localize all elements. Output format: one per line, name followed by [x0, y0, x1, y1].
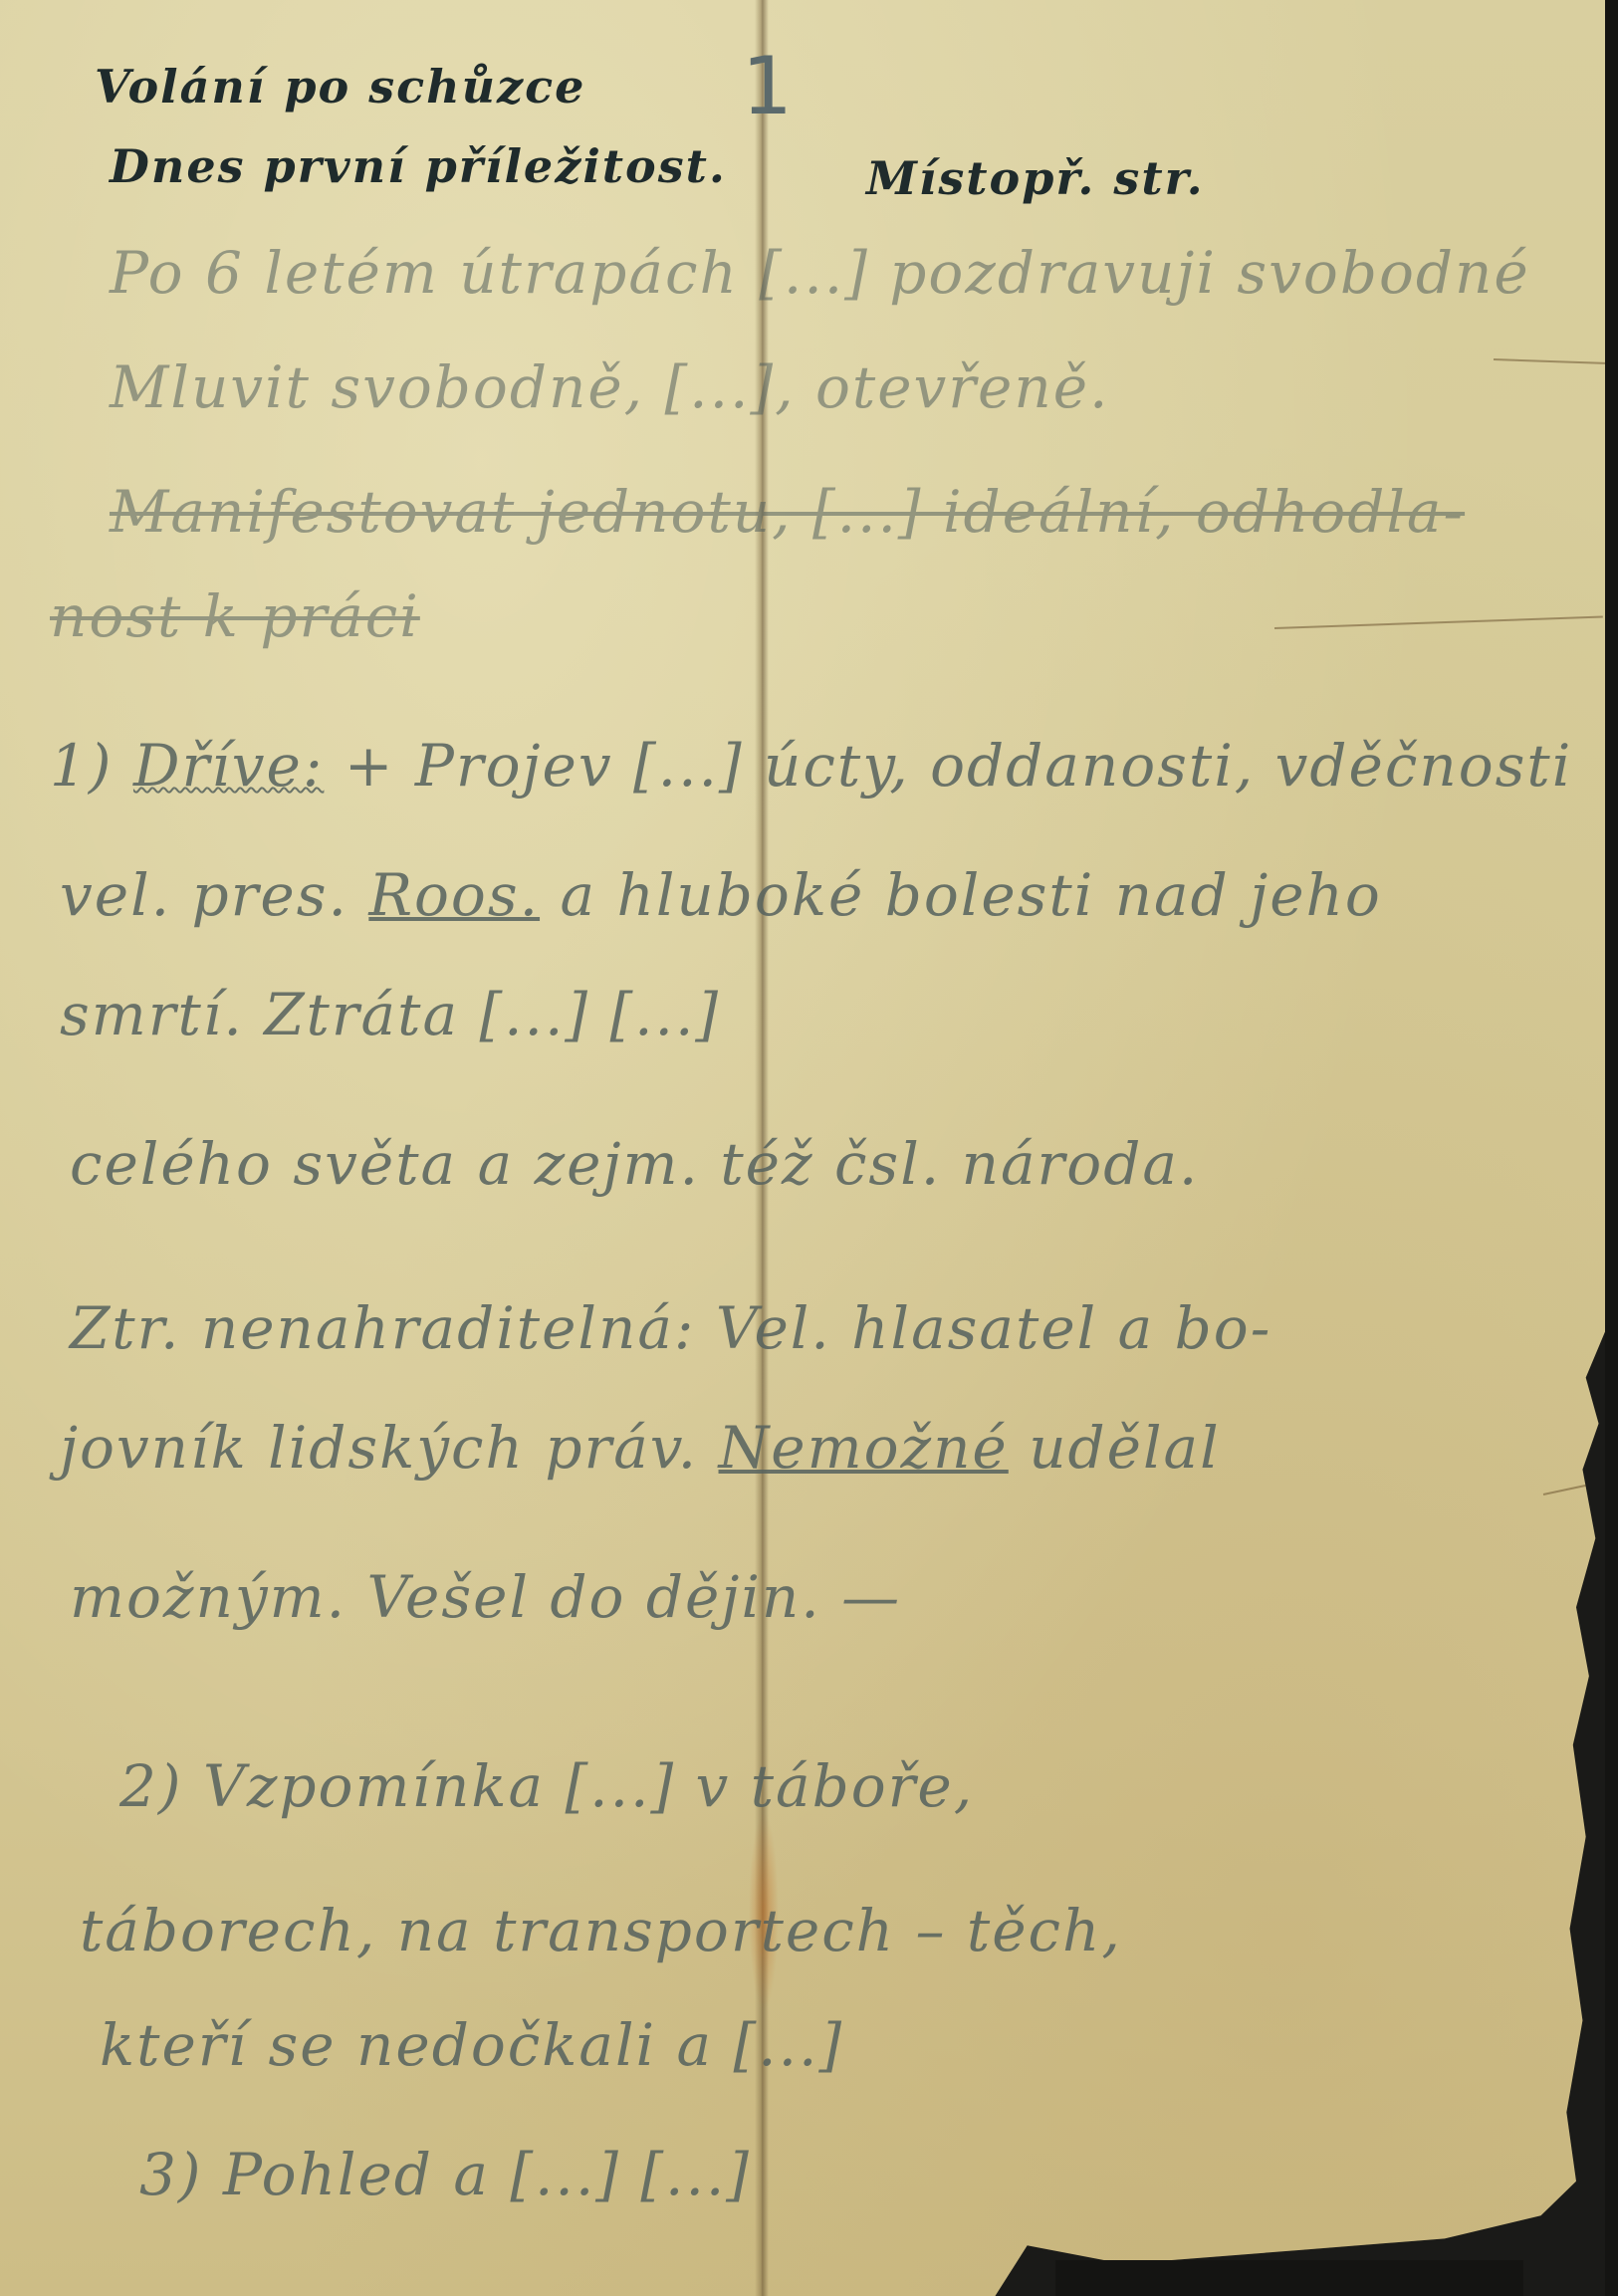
text-line-10: jovník lidských práv. Nemožné udělal: [60, 1414, 1221, 1482]
line-6-prefix: vel. pres.: [60, 861, 348, 929]
page-number: 1: [742, 40, 793, 132]
header-right-note: Místopř. str.: [866, 151, 1205, 205]
list-number-2: 2): [119, 1752, 183, 1820]
scan-background-bottom: [1055, 2260, 1523, 2296]
text-line-5: 1) Dříve: + Projev [...] úcty, oddanosti…: [50, 732, 1572, 800]
text-line-15: 3) Pohled a [...] [...]: [139, 2141, 751, 2208]
text-line-14: kteří se nedočkali a [...]: [100, 2011, 843, 2079]
scan-background-edge: [1605, 0, 1618, 2296]
text-line-11: možným. Vešel do dějin. —: [70, 1563, 901, 1631]
text-line-9: Ztr. nenahraditelná: Vel. hlasatel a bo-: [70, 1294, 1271, 1362]
header-line-2: Dnes první příležitost.: [110, 139, 727, 193]
line-10-suffix: udělal: [1029, 1414, 1221, 1482]
paper-tear-line: [1543, 1479, 1612, 1495]
list-number-1: 1): [50, 732, 114, 800]
text-line-6: vel. pres. Roos. a hluboké bolesti nad j…: [60, 861, 1382, 929]
line-6-suffix: a hluboké bolesti nad jeho: [561, 861, 1382, 929]
list-number-3: 3): [139, 2141, 203, 2208]
text-line-13: táborech, na transportech – těch,: [80, 1897, 1122, 1964]
line-15-text: Pohled a [...] [...]: [223, 2141, 751, 2208]
paper-tear-line: [1494, 358, 1613, 364]
struck-line-3: Manifestovat jednotu, [...] ideální, odh…: [110, 478, 1465, 546]
line-12-text: Vzpomínka [...] v táboře,: [203, 1752, 974, 1820]
struck-line-4: nost k práci: [50, 582, 420, 650]
keyword-drive: Dříve:: [133, 732, 324, 800]
text-line-12: 2) Vzpomínka [...] v táboře,: [119, 1752, 974, 1820]
text-line-8: celého světa a zejm. též čsl. národa.: [70, 1130, 1199, 1198]
keyword-roos: Roos.: [368, 861, 540, 929]
header-line-1: Volání po schůzce: [95, 60, 585, 114]
text-line-2: Mluvit svobodně, [...], otevřeně.: [110, 353, 1109, 421]
text-line-7: smrtí. Ztráta [...] [...]: [60, 981, 720, 1048]
text-line-1: Po 6 letém útrapách [...] pozdravuji svo…: [110, 239, 1530, 307]
manuscript-page: 1 Volání po schůzce Dnes první příležito…: [0, 0, 1605, 2296]
keyword-nemozne: Nemožné: [719, 1414, 1009, 1482]
line-10-prefix: jovník lidských práv.: [60, 1414, 698, 1482]
paper-tear-line: [1274, 615, 1603, 629]
line-5-text: + Projev [...] úcty, oddanosti, vděčnost…: [345, 732, 1572, 800]
